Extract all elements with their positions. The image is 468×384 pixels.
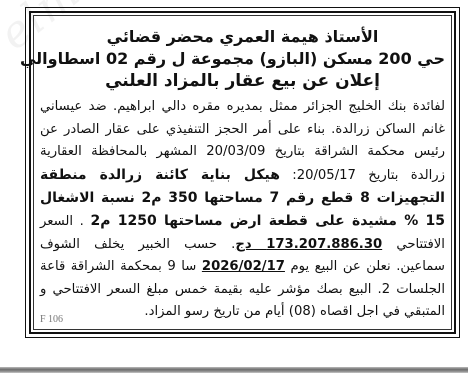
body-line-date: سماعين. نعلن عن البيع يوم 2026/02/17 سا … [40,256,445,279]
body-line: رئيس محكمة الشراقة بتاريخ 20/03/09 المشه… [40,141,445,164]
body-line-price: الافتتاحي 173.207.886.30 دج. حسب الخبير … [40,234,445,257]
expert-text: . حسب الخبير يخلف الشوف [40,237,235,252]
opening-label: الافتتاحي [396,237,445,252]
notice-body: لفائدة بنك الخليج الجزائر ممثل بمديره مق… [40,96,445,324]
issuer-address: حي 200 مسكن (البازو) مجموعة ل رقم 02 اسط… [40,48,445,70]
notice-border: الأستاذ هيمة العمري محضر قضائي حي 200 مس… [29,11,456,334]
notice-title: إعلان عن بيع عقار بالمزاد العلني [40,70,445,92]
auction-notice: الأستاذ هيمة العمري محضر قضائي حي 200 مس… [25,7,460,338]
sale-date: 2026/02/17 [202,259,285,274]
body-line: غانم الساكن زرالدة. بناء على أمر الحجز ا… [40,119,445,142]
body-line: لفائدة بنك الخليج الجزائر ممثل بمديره مق… [40,96,445,119]
reference-code: F 106 [40,314,63,325]
issuer-name: الأستاذ هيمة العمري محضر قضائي [40,26,445,48]
sale-date-label: سماعين. نعلن عن البيع يوم [290,259,445,274]
body-line-property: زرالدة بتاريخ 20/05/17: هيكل بناية كائنة… [40,164,445,188]
body-line-land: 15 % مشيدة على قطعة ارض مساحتها 1250 م2 … [40,210,445,234]
property-description: هيكل بناية كائنة زرالدة منطقة [40,167,280,183]
page-divider [0,367,468,373]
price-label: . السعر [40,214,84,229]
opening-price: 173.207.886.30 دج [235,237,382,252]
land-area: 15 % مشيدة على قطعة ارض مساحتها 1250 م2 [90,213,445,229]
body-line-final: المتبقي في اجل اقصاه (08) أيام من تاريخ … [40,301,445,324]
property-details: التجهيزات 8 قطع رقم 7 مساحتها 350 م2 نسب… [40,187,445,210]
sale-location: سا 9 بمحكمة الشراقة قاعة [40,259,196,274]
body-line: الجلسات 2. البيع بصك مؤشر عليه بقيمة خمس… [40,279,445,302]
notice-content: الأستاذ هيمة العمري محضر قضائي حي 200 مس… [33,15,452,330]
registration-date: زرالدة بتاريخ 20/05/17: [292,168,445,183]
